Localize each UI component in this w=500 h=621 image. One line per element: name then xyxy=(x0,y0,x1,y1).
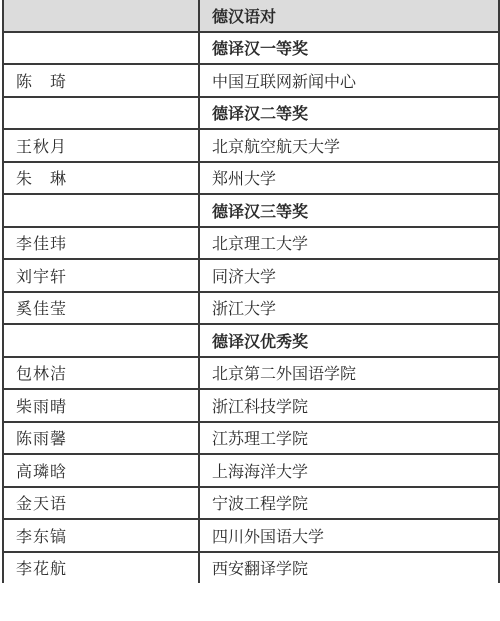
table-row: 奚佳莹 浙江大学 xyxy=(3,292,499,325)
affiliation-cell: 北京理工大学 xyxy=(199,227,499,260)
affiliation-cell: 北京航空航天大学 xyxy=(199,129,499,162)
header-language-pair-cell: 德汉语对 xyxy=(199,0,499,32)
table-row: 高璘晗 上海海洋大学 xyxy=(3,454,499,487)
affiliation-cell: 浙江大学 xyxy=(199,292,499,325)
name-cell xyxy=(3,324,199,357)
affiliation-cell: 江苏理工学院 xyxy=(199,422,499,455)
header-name-cell xyxy=(3,0,199,32)
table-row: 李东镐 四川外国语大学 xyxy=(3,519,499,552)
table-row: 李佳玮 北京理工大学 xyxy=(3,227,499,260)
table-row: 王秋月 北京航空航天大学 xyxy=(3,129,499,162)
category-row: 德译汉一等奖 xyxy=(3,32,499,65)
affiliation-cell: 北京第二外国语学院 xyxy=(199,357,499,390)
affiliation-cell: 西安翻译学院 xyxy=(199,552,499,584)
category-title: 德译汉三等奖 xyxy=(199,194,499,227)
table-row: 陈雨馨 江苏理工学院 xyxy=(3,422,499,455)
award-table: 德汉语对 德译汉一等奖 陈 琦 中国互联网新闻中心 德译汉二等奖 王秋月 北京航… xyxy=(2,0,500,583)
name-cell: 高璘晗 xyxy=(3,454,199,487)
category-title: 德译汉优秀奖 xyxy=(199,324,499,357)
affiliation-cell: 上海海洋大学 xyxy=(199,454,499,487)
table-row: 包林洁 北京第二外国语学院 xyxy=(3,357,499,390)
table-row: 金天语 宁波工程学院 xyxy=(3,487,499,520)
affiliation-cell: 郑州大学 xyxy=(199,162,499,195)
category-row: 德译汉二等奖 xyxy=(3,97,499,130)
name-cell: 陈 琦 xyxy=(3,64,199,97)
name-cell: 朱 琳 xyxy=(3,162,199,195)
name-cell: 包林洁 xyxy=(3,357,199,390)
table-header-row: 德汉语对 xyxy=(3,0,499,32)
name-cell: 刘宇轩 xyxy=(3,259,199,292)
name-cell: 李东镐 xyxy=(3,519,199,552)
table-row: 陈 琦 中国互联网新闻中心 xyxy=(3,64,499,97)
affiliation-cell: 浙江科技学院 xyxy=(199,389,499,422)
table-row: 刘宇轩 同济大学 xyxy=(3,259,499,292)
name-cell: 柴雨晴 xyxy=(3,389,199,422)
affiliation-cell: 宁波工程学院 xyxy=(199,487,499,520)
affiliation-cell: 四川外国语大学 xyxy=(199,519,499,552)
category-row: 德译汉优秀奖 xyxy=(3,324,499,357)
name-cell: 金天语 xyxy=(3,487,199,520)
name-cell: 奚佳莹 xyxy=(3,292,199,325)
name-cell xyxy=(3,97,199,130)
category-title: 德译汉二等奖 xyxy=(199,97,499,130)
name-cell: 李花航 xyxy=(3,552,199,584)
table-row: 李花航 西安翻译学院 xyxy=(3,552,499,584)
table-row: 柴雨晴 浙江科技学院 xyxy=(3,389,499,422)
affiliation-cell: 同济大学 xyxy=(199,259,499,292)
name-cell: 李佳玮 xyxy=(3,227,199,260)
name-cell: 陈雨馨 xyxy=(3,422,199,455)
table-row: 朱 琳 郑州大学 xyxy=(3,162,499,195)
category-row: 德译汉三等奖 xyxy=(3,194,499,227)
category-title: 德译汉一等奖 xyxy=(199,32,499,65)
name-cell xyxy=(3,194,199,227)
name-cell: 王秋月 xyxy=(3,129,199,162)
name-cell xyxy=(3,32,199,65)
affiliation-cell: 中国互联网新闻中心 xyxy=(199,64,499,97)
